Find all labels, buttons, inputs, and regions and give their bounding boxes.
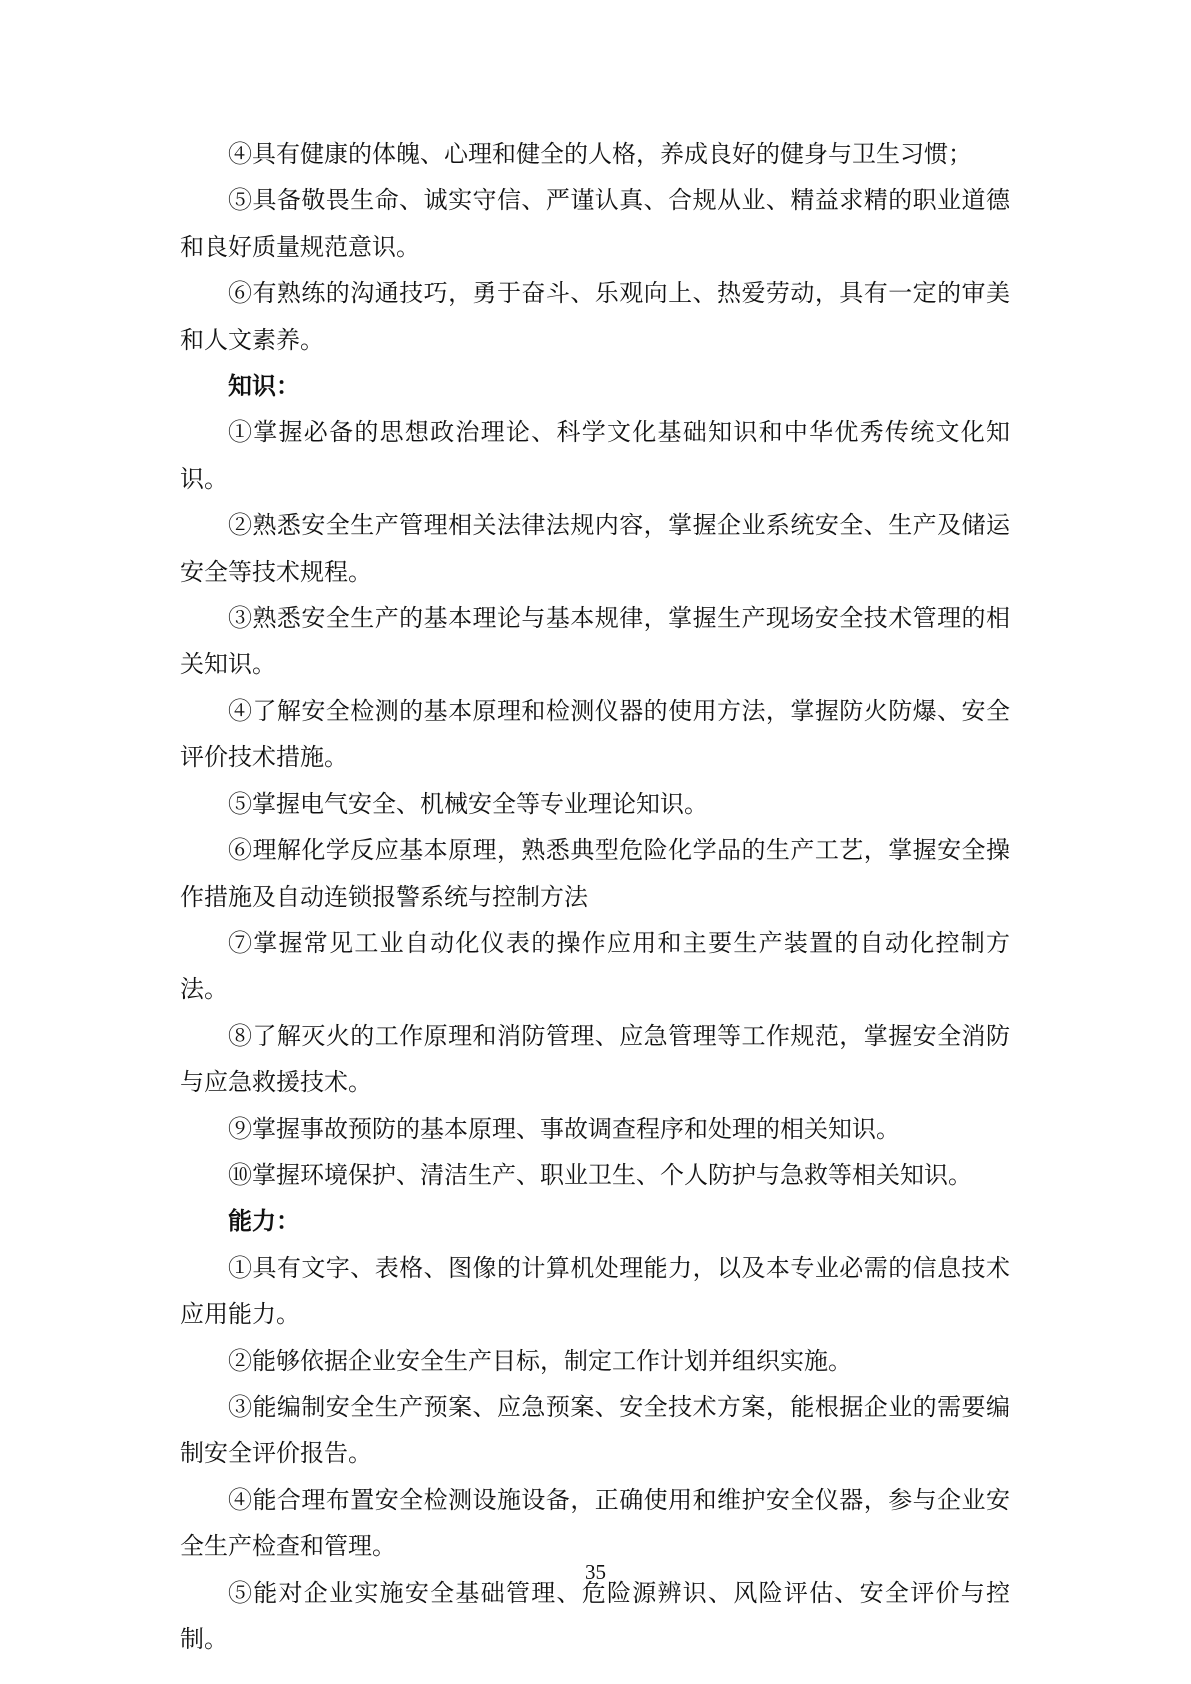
paragraph-quality-6: ⑥有熟练的沟通技巧，勇于奋斗、乐观向上、热爱劳动，具有一定的审美和人文素养。 (180, 271, 1010, 364)
paragraph-knowledge-4: ④了解安全检测的基本原理和检测仪器的使用方法，掌握防火防爆、安全评价技术措施。 (180, 689, 1010, 782)
section-heading-ability: 能力： (180, 1199, 1010, 1245)
paragraph-ability-4: ④能合理布置安全检测设施设备，正确使用和维护安全仪器，参与企业安全生产检查和管理… (180, 1478, 1010, 1571)
document-body: ④具有健康的体魄、心理和健全的人格，养成良好的健身与卫生习惯； ⑤具备敬畏生命、… (180, 132, 1010, 1663)
paragraph-quality-4: ④具有健康的体魄、心理和健全的人格，养成良好的健身与卫生习惯； (180, 132, 1010, 178)
paragraph-knowledge-1: ①掌握必备的思想政治理论、科学文化基础知识和中华优秀传统文化知识。 (180, 410, 1010, 503)
paragraph-ability-3: ③能编制安全生产预案、应急预案、安全技术方案，能根据企业的需要编制安全评价报告。 (180, 1385, 1010, 1478)
paragraph-knowledge-10: ⑩掌握环境保护、清洁生产、职业卫生、个人防护与急救等相关知识。 (180, 1153, 1010, 1199)
section-heading-knowledge: 知识： (180, 364, 1010, 410)
paragraph-knowledge-3: ③熟悉安全生产的基本理论与基本规律，掌握生产现场安全技术管理的相关知识。 (180, 596, 1010, 689)
paragraph-knowledge-7: ⑦掌握常见工业自动化仪表的操作应用和主要生产装置的自动化控制方法。 (180, 921, 1010, 1014)
paragraph-quality-5: ⑤具备敬畏生命、诚实守信、严谨认真、合规从业、精益求精的职业道德和良好质量规范意… (180, 178, 1010, 271)
page-number: 35 (0, 1558, 1191, 1586)
paragraph-knowledge-2: ②熟悉安全生产管理相关法律法规内容，掌握企业系统安全、生产及储运安全等技术规程。 (180, 503, 1010, 596)
paragraph-knowledge-6: ⑥理解化学反应基本原理，熟悉典型危险化学品的生产工艺，掌握安全操作措施及自动连锁… (180, 828, 1010, 921)
paragraph-knowledge-8: ⑧了解灭火的工作原理和消防管理、应急管理等工作规范，掌握安全消防与应急救援技术。 (180, 1014, 1010, 1107)
paragraph-knowledge-5: ⑤掌握电气安全、机械安全等专业理论知识。 (180, 782, 1010, 828)
paragraph-ability-2: ②能够依据企业安全生产目标，制定工作计划并组织实施。 (180, 1339, 1010, 1385)
document-page: ④具有健康的体魄、心理和健全的人格，养成良好的健身与卫生习惯； ⑤具备敬畏生命、… (0, 0, 1191, 1684)
paragraph-ability-1: ①具有文字、表格、图像的计算机处理能力，以及本专业必需的信息技术应用能力。 (180, 1246, 1010, 1339)
paragraph-knowledge-9: ⑨掌握事故预防的基本原理、事故调查程序和处理的相关知识。 (180, 1107, 1010, 1153)
